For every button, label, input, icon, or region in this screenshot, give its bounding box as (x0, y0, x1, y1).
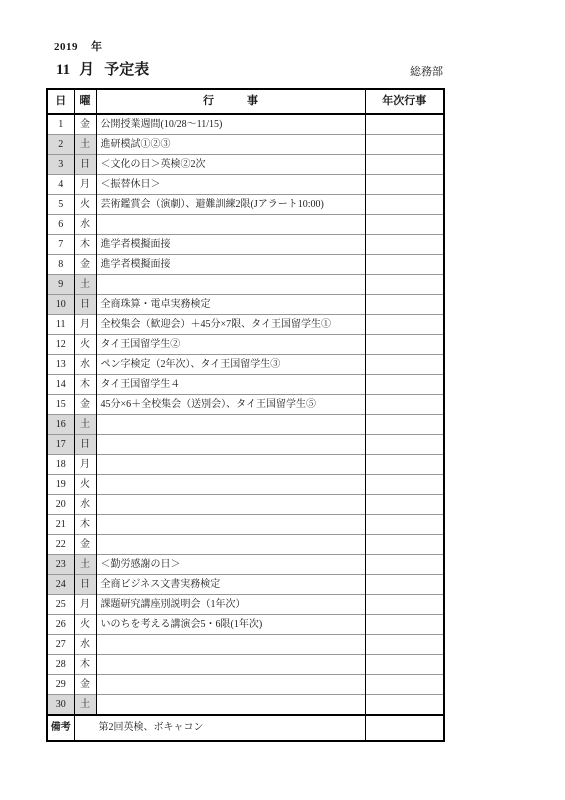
table-row: 17 日 (47, 435, 444, 455)
event-cell (96, 435, 365, 455)
table-row: 13 水 ペン字検定（2年次）、タイ王国留学生③ (47, 355, 444, 375)
annual-event-cell (365, 135, 444, 155)
schedule-table: 日 曜 行 事 年次行事 1 金 公開授業週間(10/28～11/15) 2 土… (46, 88, 445, 742)
annual-event-cell (365, 575, 444, 595)
annual-event-cell (365, 155, 444, 175)
event-cell: タイ王国留学生４ (96, 375, 365, 395)
day-cell: 12 (47, 335, 74, 355)
event-cell: 公開授業週間(10/28～11/15) (96, 114, 365, 135)
weekday-cell: 土 (74, 695, 96, 716)
annual-event-cell (365, 375, 444, 395)
annual-event-cell (365, 595, 444, 615)
table-row: 22 金 (47, 535, 444, 555)
day-cell: 16 (47, 415, 74, 435)
year-value: 2019 (54, 41, 78, 53)
weekday-cell: 月 (74, 175, 96, 195)
event-cell: いのちを考える講演会5・6限(1年次) (96, 615, 365, 635)
remarks-label: 備考 (47, 715, 74, 741)
table-row: 2 土 進研模試①②③ (47, 135, 444, 155)
event-cell: ペン字検定（2年次）、タイ王国留学生③ (96, 355, 365, 375)
day-cell: 30 (47, 695, 74, 716)
annual-event-cell (365, 415, 444, 435)
annual-event-cell (365, 455, 444, 475)
table-row: 10 日 全商珠算・電卓実務検定 (47, 295, 444, 315)
table-row: 11 月 全校集会（歓迎会）＋45分×7限、タイ王国留学生① (47, 315, 444, 335)
day-cell: 25 (47, 595, 74, 615)
weekday-cell: 木 (74, 235, 96, 255)
page-title: 11月予定表 (56, 58, 149, 79)
annual-event-cell (365, 355, 444, 375)
event-cell (96, 695, 365, 716)
day-cell: 20 (47, 495, 74, 515)
event-cell: ＜文化の日＞英検②2次 (96, 155, 365, 175)
weekday-cell: 火 (74, 475, 96, 495)
day-cell: 2 (47, 135, 74, 155)
weekday-cell: 火 (74, 195, 96, 215)
annual-event-cell (365, 695, 444, 716)
day-cell: 21 (47, 515, 74, 535)
table-row: 12 火 タイ王国留学生② (47, 335, 444, 355)
weekday-cell: 水 (74, 215, 96, 235)
table-row: 3 日 ＜文化の日＞英検②2次 (47, 155, 444, 175)
day-cell: 19 (47, 475, 74, 495)
remarks-annual-cell (365, 715, 444, 741)
table-row: 29 金 (47, 675, 444, 695)
weekday-cell: 木 (74, 515, 96, 535)
col-header-events: 行 事 (96, 89, 365, 114)
title-text: 予定表 (104, 62, 149, 78)
day-cell: 1 (47, 114, 74, 135)
event-cell (96, 535, 365, 555)
annual-event-cell (365, 535, 444, 555)
weekday-cell: 火 (74, 615, 96, 635)
day-cell: 26 (47, 615, 74, 635)
table-row: 5 火 芸術鑑賞会（演劇）、避難訓練2限(Jアラート10:00) (47, 195, 444, 215)
annual-event-cell (365, 295, 444, 315)
table-row: 9 土 (47, 275, 444, 295)
day-cell: 14 (47, 375, 74, 395)
annual-event-cell (365, 215, 444, 235)
annual-event-cell (365, 435, 444, 455)
month-unit: 月 (79, 62, 94, 78)
department-label: 総務部 (410, 63, 443, 79)
day-cell: 18 (47, 455, 74, 475)
day-cell: 9 (47, 275, 74, 295)
day-cell: 28 (47, 655, 74, 675)
day-cell: 24 (47, 575, 74, 595)
event-cell (96, 635, 365, 655)
weekday-cell: 日 (74, 295, 96, 315)
table-row: 23 土 ＜勤労感謝の日＞ (47, 555, 444, 575)
day-cell: 17 (47, 435, 74, 455)
annual-event-cell (365, 275, 444, 295)
table-row: 21 木 (47, 515, 444, 535)
day-cell: 6 (47, 215, 74, 235)
day-cell: 27 (47, 635, 74, 655)
schedule-page: 2019年 11月予定表 総務部 日 曜 行 事 年次行事 1 金 公開授業週間… (0, 0, 565, 800)
remarks-text: 第2回英検、ボキャコン (74, 715, 365, 741)
table-row: 25 月 課題研究講座別説明会（1年次） (47, 595, 444, 615)
event-cell: タイ王国留学生② (96, 335, 365, 355)
annual-event-cell (365, 175, 444, 195)
table-row: 8 金 進学者模擬面接 (47, 255, 444, 275)
annual-event-cell (365, 235, 444, 255)
weekday-cell: 水 (74, 495, 96, 515)
weekday-cell: 土 (74, 415, 96, 435)
annual-event-cell (365, 195, 444, 215)
weekday-cell: 火 (74, 335, 96, 355)
annual-event-cell (365, 315, 444, 335)
event-cell (96, 275, 365, 295)
table-row: 15 金 45分×6＋全校集会（送別会）、タイ王国留学生⑤ (47, 395, 444, 415)
col-header-day: 日 (47, 89, 74, 114)
table-row: 16 土 (47, 415, 444, 435)
table-header-row: 日 曜 行 事 年次行事 (47, 89, 444, 114)
event-cell (96, 515, 365, 535)
day-cell: 23 (47, 555, 74, 575)
weekday-cell: 水 (74, 635, 96, 655)
annual-event-cell (365, 555, 444, 575)
year-unit: 年 (91, 41, 103, 53)
annual-event-cell (365, 515, 444, 535)
event-cell (96, 655, 365, 675)
col-header-weekday: 曜 (74, 89, 96, 114)
table-row: 20 水 (47, 495, 444, 515)
weekday-cell: 水 (74, 355, 96, 375)
event-cell (96, 475, 365, 495)
annual-event-cell (365, 255, 444, 275)
day-cell: 4 (47, 175, 74, 195)
weekday-cell: 土 (74, 275, 96, 295)
annual-event-cell (365, 675, 444, 695)
day-cell: 5 (47, 195, 74, 215)
table-row: 28 木 (47, 655, 444, 675)
table-row: 4 月 ＜振替休日＞ (47, 175, 444, 195)
event-cell (96, 675, 365, 695)
event-cell: 課題研究講座別説明会（1年次） (96, 595, 365, 615)
table-row: 24 日 全商ビジネス文書実務検定 (47, 575, 444, 595)
weekday-cell: 金 (74, 395, 96, 415)
table-row: 30 土 (47, 695, 444, 716)
event-cell: 進学者模擬面接 (96, 255, 365, 275)
day-cell: 29 (47, 675, 74, 695)
col-header-annual: 年次行事 (365, 89, 444, 114)
weekday-cell: 金 (74, 255, 96, 275)
event-cell (96, 455, 365, 475)
event-cell: 全商珠算・電卓実務検定 (96, 295, 365, 315)
annual-event-cell (365, 475, 444, 495)
day-cell: 7 (47, 235, 74, 255)
annual-event-cell (365, 495, 444, 515)
weekday-cell: 金 (74, 675, 96, 695)
remarks-row: 備考 第2回英検、ボキャコン (47, 715, 444, 741)
day-cell: 11 (47, 315, 74, 335)
table-row: 14 木 タイ王国留学生４ (47, 375, 444, 395)
weekday-cell: 土 (74, 555, 96, 575)
weekday-cell: 日 (74, 575, 96, 595)
annual-event-cell (365, 655, 444, 675)
event-cell: 全校集会（歓迎会）＋45分×7限、タイ王国留学生① (96, 315, 365, 335)
day-cell: 13 (47, 355, 74, 375)
event-cell (96, 495, 365, 515)
event-cell (96, 215, 365, 235)
annual-event-cell (365, 114, 444, 135)
annual-event-cell (365, 395, 444, 415)
annual-event-cell (365, 615, 444, 635)
year-line: 2019年 (54, 38, 103, 54)
day-cell: 8 (47, 255, 74, 275)
day-cell: 15 (47, 395, 74, 415)
annual-event-cell (365, 635, 444, 655)
weekday-cell: 日 (74, 435, 96, 455)
event-cell (96, 415, 365, 435)
weekday-cell: 金 (74, 114, 96, 135)
day-cell: 3 (47, 155, 74, 175)
table-row: 27 水 (47, 635, 444, 655)
weekday-cell: 木 (74, 655, 96, 675)
event-cell: ＜勤労感謝の日＞ (96, 555, 365, 575)
weekday-cell: 月 (74, 455, 96, 475)
event-cell: 45分×6＋全校集会（送別会）、タイ王国留学生⑤ (96, 395, 365, 415)
table-row: 26 火 いのちを考える講演会5・6限(1年次) (47, 615, 444, 635)
weekday-cell: 金 (74, 535, 96, 555)
annual-event-cell (365, 335, 444, 355)
event-cell: 進研模試①②③ (96, 135, 365, 155)
table-row: 6 水 (47, 215, 444, 235)
event-cell: 進学者模擬面接 (96, 235, 365, 255)
day-cell: 10 (47, 295, 74, 315)
month-value: 11 (56, 62, 70, 78)
event-cell: 芸術鑑賞会（演劇）、避難訓練2限(Jアラート10:00) (96, 195, 365, 215)
weekday-cell: 月 (74, 315, 96, 335)
table-row: 7 木 進学者模擬面接 (47, 235, 444, 255)
event-cell: 全商ビジネス文書実務検定 (96, 575, 365, 595)
table-row: 1 金 公開授業週間(10/28～11/15) (47, 114, 444, 135)
weekday-cell: 土 (74, 135, 96, 155)
weekday-cell: 月 (74, 595, 96, 615)
day-cell: 22 (47, 535, 74, 555)
event-cell: ＜振替休日＞ (96, 175, 365, 195)
table-row: 18 月 (47, 455, 444, 475)
table-row: 19 火 (47, 475, 444, 495)
weekday-cell: 日 (74, 155, 96, 175)
weekday-cell: 木 (74, 375, 96, 395)
